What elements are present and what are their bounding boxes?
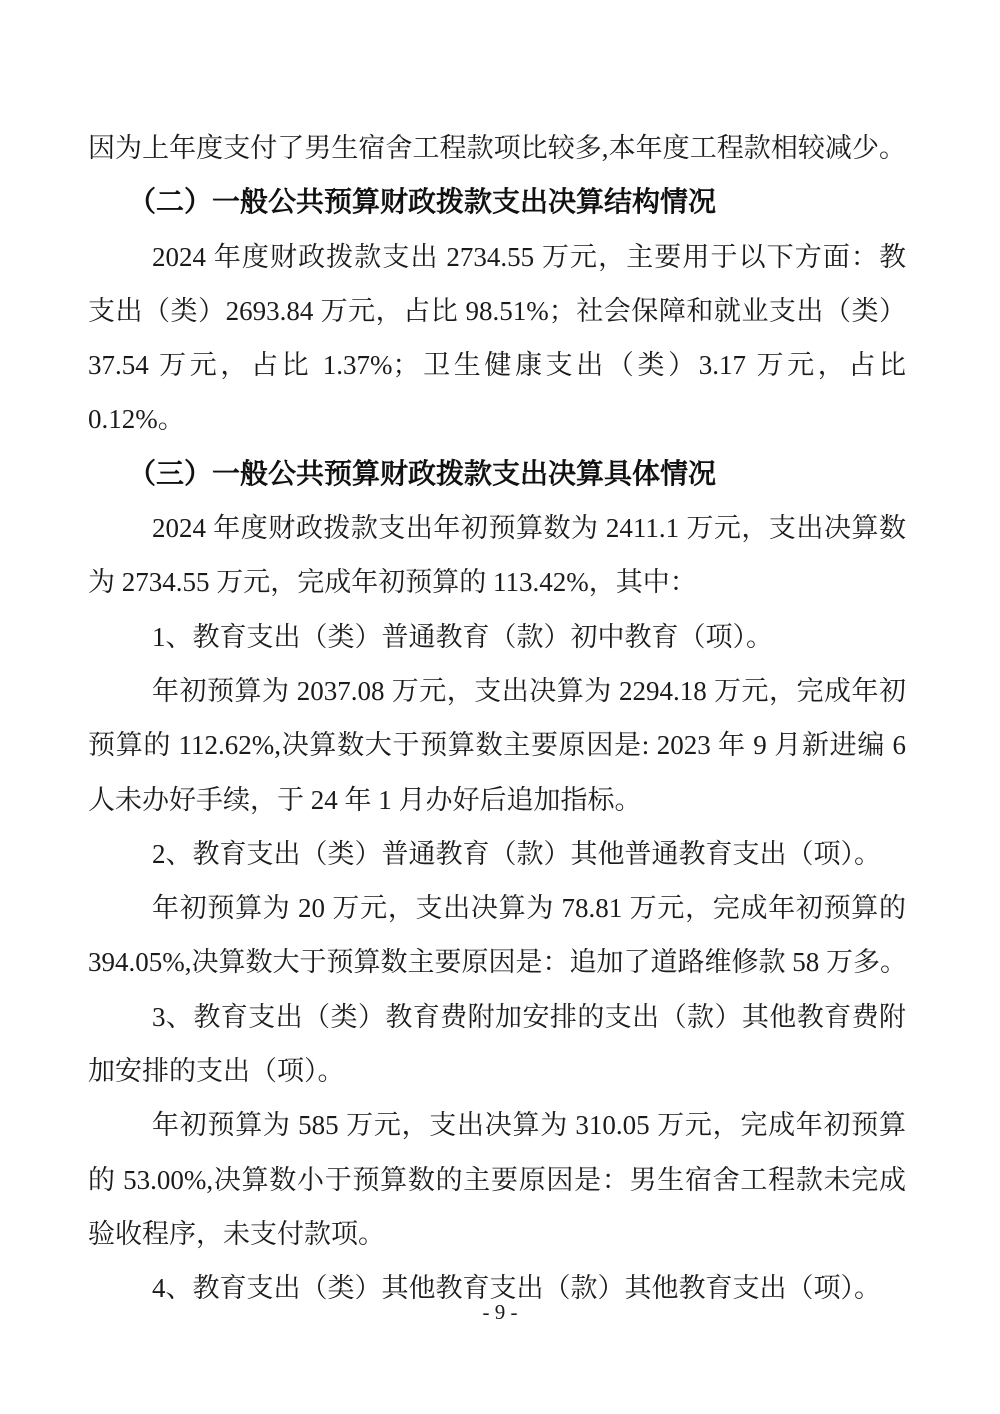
body-line: 人未办好手续，于 24 年 1 月办好后追加指标。 [88, 773, 906, 827]
body-line: 年初预算为 2037.08 万元，支出决算为 2294.18 万元，完成年初 [88, 664, 906, 718]
body-line: 支出（类）2693.84 万元，占比 98.51%；社会保障和就业支出（类） [88, 284, 906, 338]
page-number: - 9 - [0, 1300, 1000, 1325]
list-item-2: 2、教育支出（类）普通教育（款）其他普通教育支出（项）。 [88, 827, 906, 881]
body-line: 为 2734.55 万元，完成年初预算的 113.42%，其中： [88, 555, 906, 609]
body-line: 394.05%,决算数大于预算数主要原因是：追加了道路维修款 58 万多。 [88, 935, 906, 989]
list-item-1: 1、教育支出（类）普通教育（款）初中教育（项）。 [88, 610, 906, 664]
body-line: 加安排的支出（项）。 [88, 1044, 906, 1098]
body-line: 2024 年度财政拨款支出年初预算数为 2411.1 万元，支出决算数 [88, 501, 906, 555]
document-body: 因为上年度支付了男生宿舍工程款项比较多,本年度工程款相较减少。 （二）一般公共预… [88, 121, 906, 1316]
body-line: 的 53.00%,决算数小于预算数的主要原因是：男生宿舍工程款未完成 [88, 1153, 906, 1207]
body-line: 年初预算为 20 万元，支出决算为 78.81 万元，完成年初预算的 [88, 881, 906, 935]
body-line: 0.12%。 [88, 392, 906, 446]
body-line: 37.54 万元，占比 1.37%；卫生健康支出（类）3.17 万元，占比 [88, 338, 906, 392]
section-heading-3: （三）一般公共预算财政拨款支出决算具体情况 [88, 447, 906, 501]
body-line: 因为上年度支付了男生宿舍工程款项比较多,本年度工程款相较减少。 [88, 121, 906, 175]
document-page: 因为上年度支付了男生宿舍工程款项比较多,本年度工程款相较减少。 （二）一般公共预… [0, 0, 1000, 1414]
section-heading-2: （二）一般公共预算财政拨款支出决算结构情况 [88, 175, 906, 229]
body-line: 年初预算为 585 万元，支出决算为 310.05 万元，完成年初预算 [88, 1098, 906, 1152]
body-line: 验收程序，未支付款项。 [88, 1207, 906, 1261]
list-item-3: 3、教育支出（类）教育费附加安排的支出（款）其他教育费附 [88, 990, 906, 1044]
body-line: 预算的 112.62%,决算数大于预算数主要原因是: 2023 年 9 月新进编… [88, 718, 906, 772]
body-line: 2024 年度财政拨款支出 2734.55 万元，主要用于以下方面：教育 [88, 230, 906, 284]
